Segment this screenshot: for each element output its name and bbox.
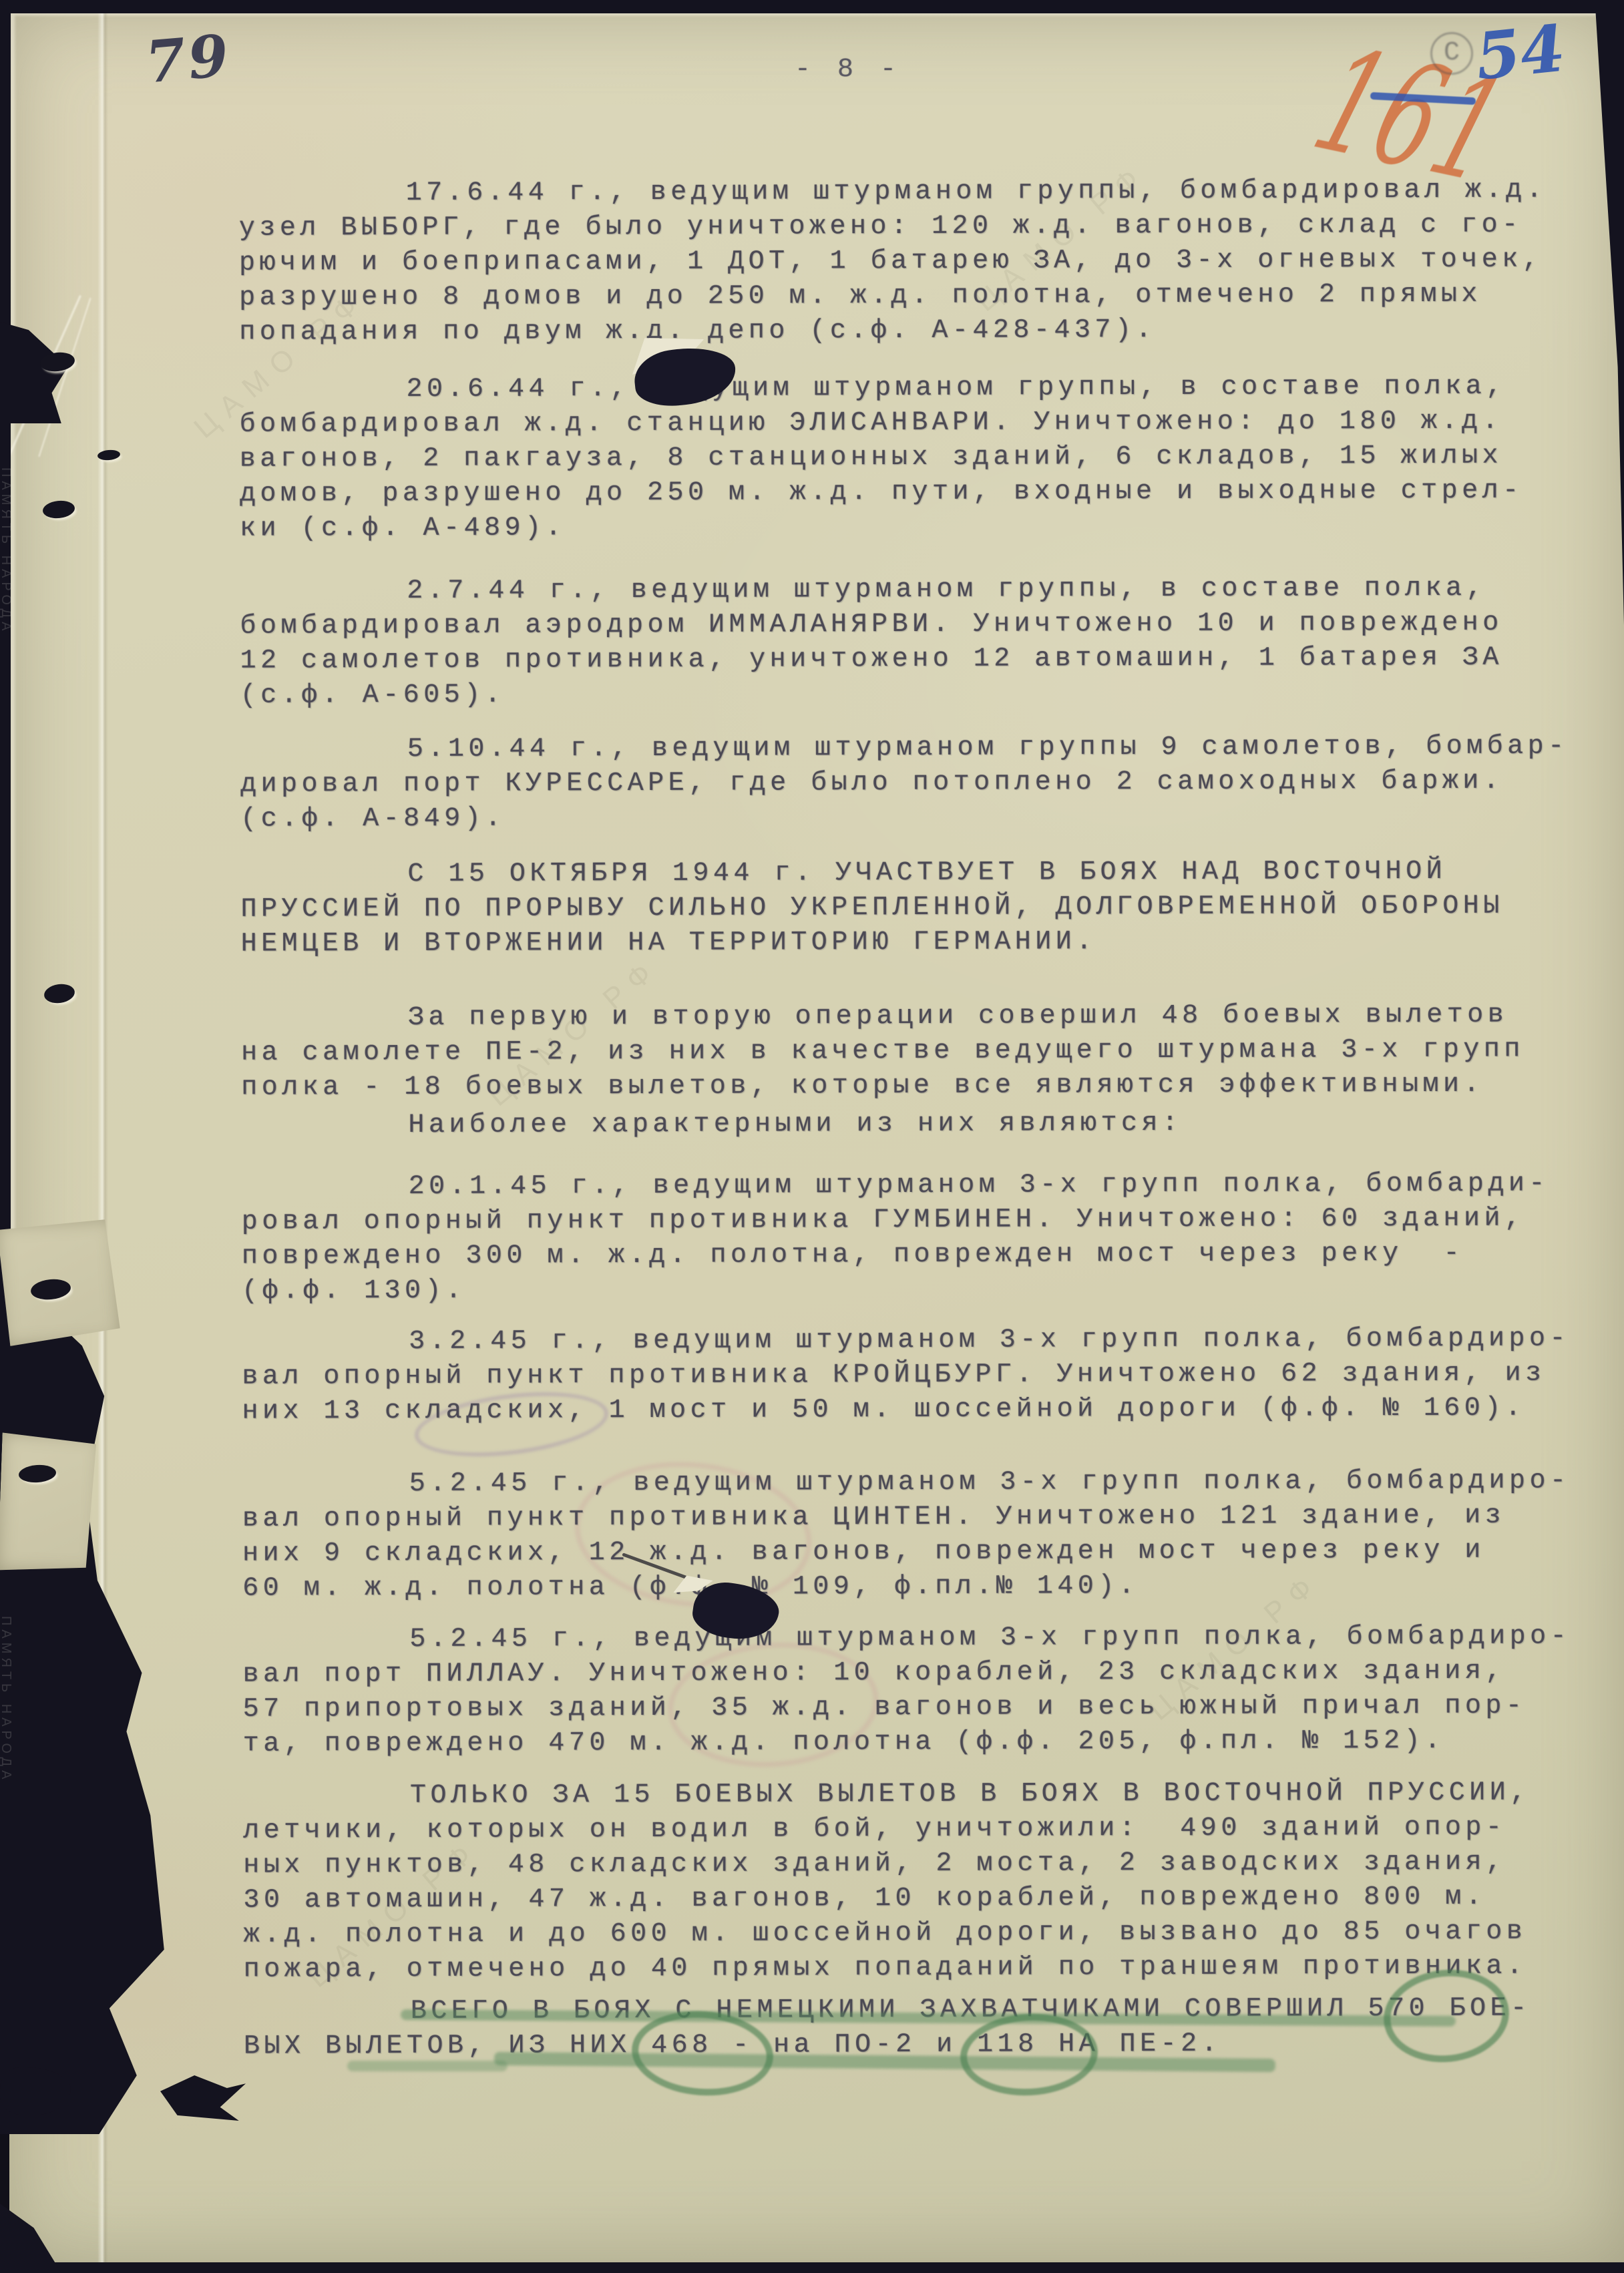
- typed-line: 60 м. ж.д. полотна (ф.ф. № 109, ф.пл.№ 1…: [242, 1568, 1585, 1606]
- typed-line: 17.6.44 г., ведущим штурманом группы, бо…: [239, 173, 1581, 211]
- paper-scrap: [0, 1432, 103, 1573]
- paragraph-operations-summary: За первую и вторую операции совершил 48 …: [241, 998, 1583, 1105]
- green-underline: [347, 2061, 507, 2071]
- typed-line: 5.2.45 г., ведущим штурманом 3-х групп п…: [242, 1464, 1585, 1502]
- typed-line: ровал опорный пункт противника ГУМБИНЕН.…: [242, 1201, 1584, 1239]
- typed-line: (ф.ф. 130).: [242, 1271, 1584, 1309]
- typed-line: 30 автомашин, 47 ж.д. вагонов, 10 корабл…: [243, 1880, 1585, 1918]
- round-stamp-mark: С: [1430, 32, 1473, 75]
- typed-line: вал опорный пункт противника КРОЙЦБУРГ. …: [242, 1356, 1584, 1394]
- typed-line: разрушено 8 домов и до 250 м. ж.д. полот…: [239, 277, 1581, 315]
- typed-line: вагонов, 2 пакгауза, 8 станционных здани…: [240, 439, 1582, 477]
- typed-line: домов, разрушено до 250 м. ж.д. пути, вх…: [240, 473, 1582, 511]
- typed-line: 20.6.44 г., ведущим штурманом группы, в …: [239, 369, 1581, 407]
- typed-line: на самолете ПЕ-2, из них в качестве веду…: [241, 1032, 1583, 1070]
- typed-line: 57 припортовых зданий, 35 ж.д. вагонов и…: [243, 1689, 1585, 1727]
- typed-line: летчики, которых он водил в бой, уничтож…: [243, 1810, 1585, 1848]
- typed-line: полка - 18 боевых вылетов, которые все я…: [241, 1067, 1583, 1105]
- paragraph-sortie-2-7-44: 2.7.44 г., ведущим штурманом группы, в с…: [240, 571, 1583, 713]
- handwritten-sheet-number: 79: [143, 22, 234, 97]
- scan-background-bottom: [0, 2262, 1624, 2273]
- typed-line: За первую и вторую операции совершил 48 …: [241, 998, 1583, 1036]
- typed-line: вал порт ПИЛЛАУ. Уничтожено: 10 кораблей…: [242, 1654, 1585, 1692]
- paragraph-sortie-3-2-45: 3.2.45 г., ведущим штурманом 3-х групп п…: [242, 1321, 1584, 1429]
- typed-line: ки (с.ф. А-489).: [240, 508, 1582, 546]
- typed-line: 20.1.45 г., ведущим штурманом 3-х групп …: [242, 1167, 1584, 1205]
- typed-line: повреждено 300 м. ж.д. полотна, поврежде…: [242, 1236, 1584, 1274]
- typed-line: рючим и боеприпасами, 1 ДОТ, 1 батарею З…: [239, 242, 1581, 280]
- typed-line: узел ВЫБОРГ, где было уничтожено: 120 ж.…: [239, 208, 1581, 246]
- typed-line: бомбардировал ж.д. станцию ЭЛИСАНВАРИ. У…: [240, 404, 1582, 442]
- typed-line: ТОЛЬКО ЗА 15 БОЕВЫХ ВЫЛЕТОВ В БОЯХ В ВОС…: [243, 1776, 1585, 1814]
- paragraph-most-typical: Наиболее характерными из них являются:: [241, 1105, 1583, 1143]
- paragraph-sortie-5-2-45-pillau: 5.2.45 г., ведущим штурманом 3-х групп п…: [242, 1619, 1585, 1762]
- paragraph-sortie-20-1-45: 20.1.45 г., ведущим штурманом 3-х групп …: [242, 1167, 1585, 1309]
- typed-line: попадания по двум ж.д. депо (с.ф. А-428-…: [239, 312, 1581, 350]
- typed-line: бомбардировал аэродром ИММАЛАНЯРВИ. Унич…: [240, 606, 1582, 644]
- typed-line: (с.ф. А-849).: [240, 799, 1583, 837]
- left-edge-watermark: ПАМЯТЬ НАРОДА: [0, 1616, 13, 1783]
- scan-background-top: [0, 0, 1624, 13]
- typed-line: ж.д. полотна и до 600 м. шоссейной дорог…: [244, 1914, 1586, 1952]
- torn-left-edge: [10, 15, 15, 1270]
- typed-line: та, повреждено 470 м. ж.д. полотна (ф.ф.…: [243, 1723, 1585, 1762]
- paragraph-east-prussia: С 15 ОКТЯБРЯ 1944 г. УЧАСТВУЕТ В БОЯХ НА…: [240, 854, 1583, 962]
- paragraph-sortie-17-6-44: 17.6.44 г., ведущим штурманом группы, бо…: [239, 173, 1582, 350]
- archive-scan: ЦАМО РФ ЦАМО РФ ЦАМО РФ ЦАМО РФ ЦАМО РФ …: [0, 0, 1624, 2273]
- typed-line: пожара, отмечено до 40 прямых попаданий …: [244, 1949, 1586, 1987]
- typed-line: 3.2.45 г., ведущим штурманом 3-х групп п…: [242, 1321, 1584, 1360]
- typed-line: вал опорный пункт противника ЦИНТЕН. Уни…: [242, 1498, 1585, 1536]
- paragraph-sortie-20-6-44: 20.6.44 г., ведущим штурманом группы, в …: [239, 369, 1582, 546]
- typed-page-number: - 8 -: [761, 55, 935, 85]
- typed-line: 5.2.45 г., ведущим штурманом 3-х групп п…: [242, 1619, 1585, 1657]
- typed-line: (с.ф. А-605).: [240, 675, 1583, 713]
- paragraph-sortie-5-10-44: 5.10.44 г., ведущим штурманом группы 9 с…: [240, 729, 1583, 837]
- typed-line: С 15 ОКТЯБРЯ 1944 г. УЧАСТВУЕТ В БОЯХ НА…: [240, 854, 1583, 892]
- typed-line: 2.7.44 г., ведущим штурманом группы, в с…: [240, 571, 1582, 609]
- typed-line: них 13 складских, 1 мост и 50 м. шоссейн…: [242, 1391, 1584, 1429]
- typed-line: НЕМЦЕВ И ВТОРЖЕНИИ НА ТЕРРИТОРИЮ ГЕРМАНИ…: [241, 923, 1583, 962]
- paragraph-sortie-5-2-45-zinten: 5.2.45 г., ведущим штурманом 3-х групп п…: [242, 1464, 1585, 1606]
- typed-line: ПРУССИЕЙ ПО ПРОРЫВУ СИЛЬНО УКРЕПЛЕННОЙ, …: [240, 889, 1583, 927]
- typed-line: 12 самолетов противника, уничтожено 12 а…: [240, 640, 1583, 678]
- left-edge-watermark: ПАМЯТЬ НАРОДА: [0, 467, 13, 634]
- handwritten-blue-number: 54: [1472, 10, 1569, 94]
- typed-line: 5.10.44 г., ведущим штурманом группы 9 с…: [240, 729, 1583, 767]
- typed-line: дировал порт КУРЕССАРЕ, где было потопле…: [240, 764, 1583, 802]
- paragraph-fifteen-sorties: ТОЛЬКО ЗА 15 БОЕВЫХ ВЫЛЕТОВ В БОЯХ В ВОС…: [243, 1776, 1586, 1987]
- typed-line: них 9 складских, 12 ж.д. вагонов, повреж…: [242, 1533, 1585, 1571]
- typed-line: ных пунктов, 48 складских зданий, 2 мост…: [243, 1845, 1585, 1883]
- typed-line: Наиболее характерными из них являются:: [241, 1105, 1583, 1143]
